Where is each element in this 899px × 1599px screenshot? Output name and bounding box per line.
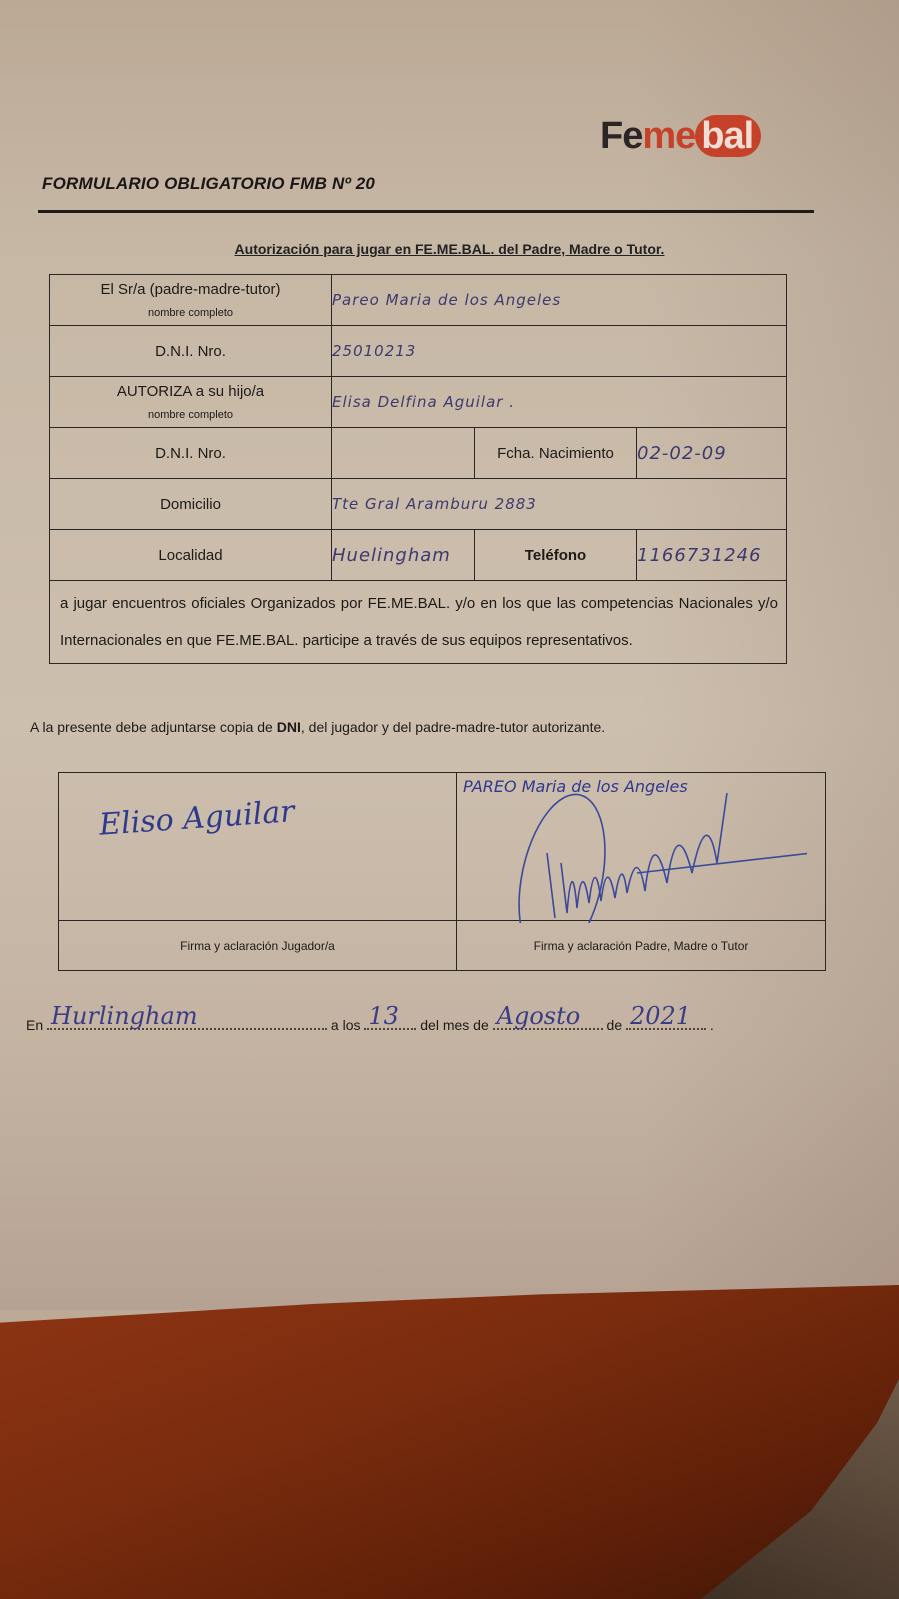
tutor-dni-label: D.N.I. Nro. [50, 326, 332, 377]
row-child-name: AUTORIZA a su hijo/a nombre completo Eli… [50, 377, 787, 428]
form-subtitle: Autorización para jugar en FE.ME.BAL. de… [0, 241, 899, 257]
address-label: Domicilio [50, 479, 332, 530]
city-label: Localidad [50, 530, 332, 581]
note-text-bold: DNI [277, 719, 301, 735]
place-value: Hurlingham [51, 1002, 198, 1030]
phone-field[interactable]: 1166731246 [637, 530, 787, 581]
logo-bal: bal [695, 115, 761, 157]
row-address: Domicilio Tte Gral Aramburu 2883 [50, 479, 787, 530]
child-dni-label: D.N.I. Nro. [50, 428, 332, 479]
tutor-signature-scribble [477, 783, 807, 923]
place-field[interactable]: Hurlingham [47, 1014, 327, 1030]
end-period: . [710, 1017, 714, 1033]
place-date-line: En Hurlingham a los 13 del mes de Agosto… [26, 1014, 714, 1033]
row-tutor-dni: D.N.I. Nro. 25010213 [50, 326, 787, 377]
mes-label: del mes de [420, 1017, 488, 1033]
note-text-before: A la presente debe adjuntarse copia de [30, 719, 277, 735]
phone-label: Teléfono [475, 530, 637, 581]
note-text-after: , del jugador y del padre-madre-tutor au… [301, 719, 605, 735]
month-field[interactable]: Agosto [493, 1014, 603, 1030]
de-label: de [607, 1017, 623, 1033]
city-field[interactable]: Huelingham [332, 530, 475, 581]
year-field[interactable]: 2021 [626, 1014, 706, 1030]
player-signature: Eliso Aguilar [98, 794, 296, 843]
attachment-note: A la presente debe adjuntarse copia de D… [30, 719, 605, 735]
tutor-signature-box[interactable]: PAREO Maria de los Angeles [457, 773, 826, 921]
femebal-logo: Femebal [600, 116, 761, 156]
day-field[interactable]: 13 [364, 1014, 416, 1030]
child-label-text: AUTORIZA a su hijo/a [50, 383, 331, 401]
signature-table: Eliso Aguilar PAREO Maria de los Angeles… [58, 772, 826, 971]
logo-fe: Fe [600, 115, 642, 157]
day-value: 13 [368, 1002, 399, 1030]
month-value: Agosto [497, 1002, 581, 1030]
child-sublabel-text: nombre completo [50, 409, 331, 421]
player-signature-label: Firma y aclaración Jugador/a [59, 921, 457, 971]
child-name-field[interactable]: Elisa Delfina Aguilar . [332, 377, 787, 428]
tutor-signature-label: Firma y aclaración Padre, Madre o Tutor [457, 921, 826, 971]
tutor-name-label: El Sr/a (padre-madre-tutor) nombre compl… [50, 275, 332, 326]
tutor-label-text: El Sr/a (padre-madre-tutor) [50, 281, 331, 299]
tutor-name-field[interactable]: Pareo Maria de los Angeles [332, 275, 787, 326]
form-code-title: FORMULARIO OBLIGATORIO FMB Nº 20 [42, 174, 375, 194]
en-label: En [26, 1017, 43, 1033]
authorization-table: El Sr/a (padre-madre-tutor) nombre compl… [49, 274, 787, 664]
birth-date-label: Fcha. Nacimiento [475, 428, 637, 479]
child-dni-field[interactable] [332, 428, 475, 479]
a-los-label: a los [331, 1017, 361, 1033]
tutor-sublabel-text: nombre completo [50, 307, 331, 319]
row-child-dni: D.N.I. Nro. Fcha. Nacimiento 02-02-09 [50, 428, 787, 479]
address-field[interactable]: Tte Gral Aramburu 2883 [332, 479, 787, 530]
child-name-label: AUTORIZA a su hijo/a nombre completo [50, 377, 332, 428]
logo-me: me [642, 115, 695, 157]
authorization-paragraph: a jugar encuentros oficiales Organizados… [50, 581, 787, 664]
tutor-dni-field[interactable]: 25010213 [332, 326, 787, 377]
year-value: 2021 [630, 1002, 691, 1030]
header-divider [38, 210, 814, 213]
row-paragraph: a jugar encuentros oficiales Organizados… [50, 581, 787, 664]
row-tutor-name: El Sr/a (padre-madre-tutor) nombre compl… [50, 275, 787, 326]
row-city-phone: Localidad Huelingham Teléfono 1166731246 [50, 530, 787, 581]
birth-date-field[interactable]: 02-02-09 [637, 428, 787, 479]
player-signature-box[interactable]: Eliso Aguilar [59, 773, 457, 921]
